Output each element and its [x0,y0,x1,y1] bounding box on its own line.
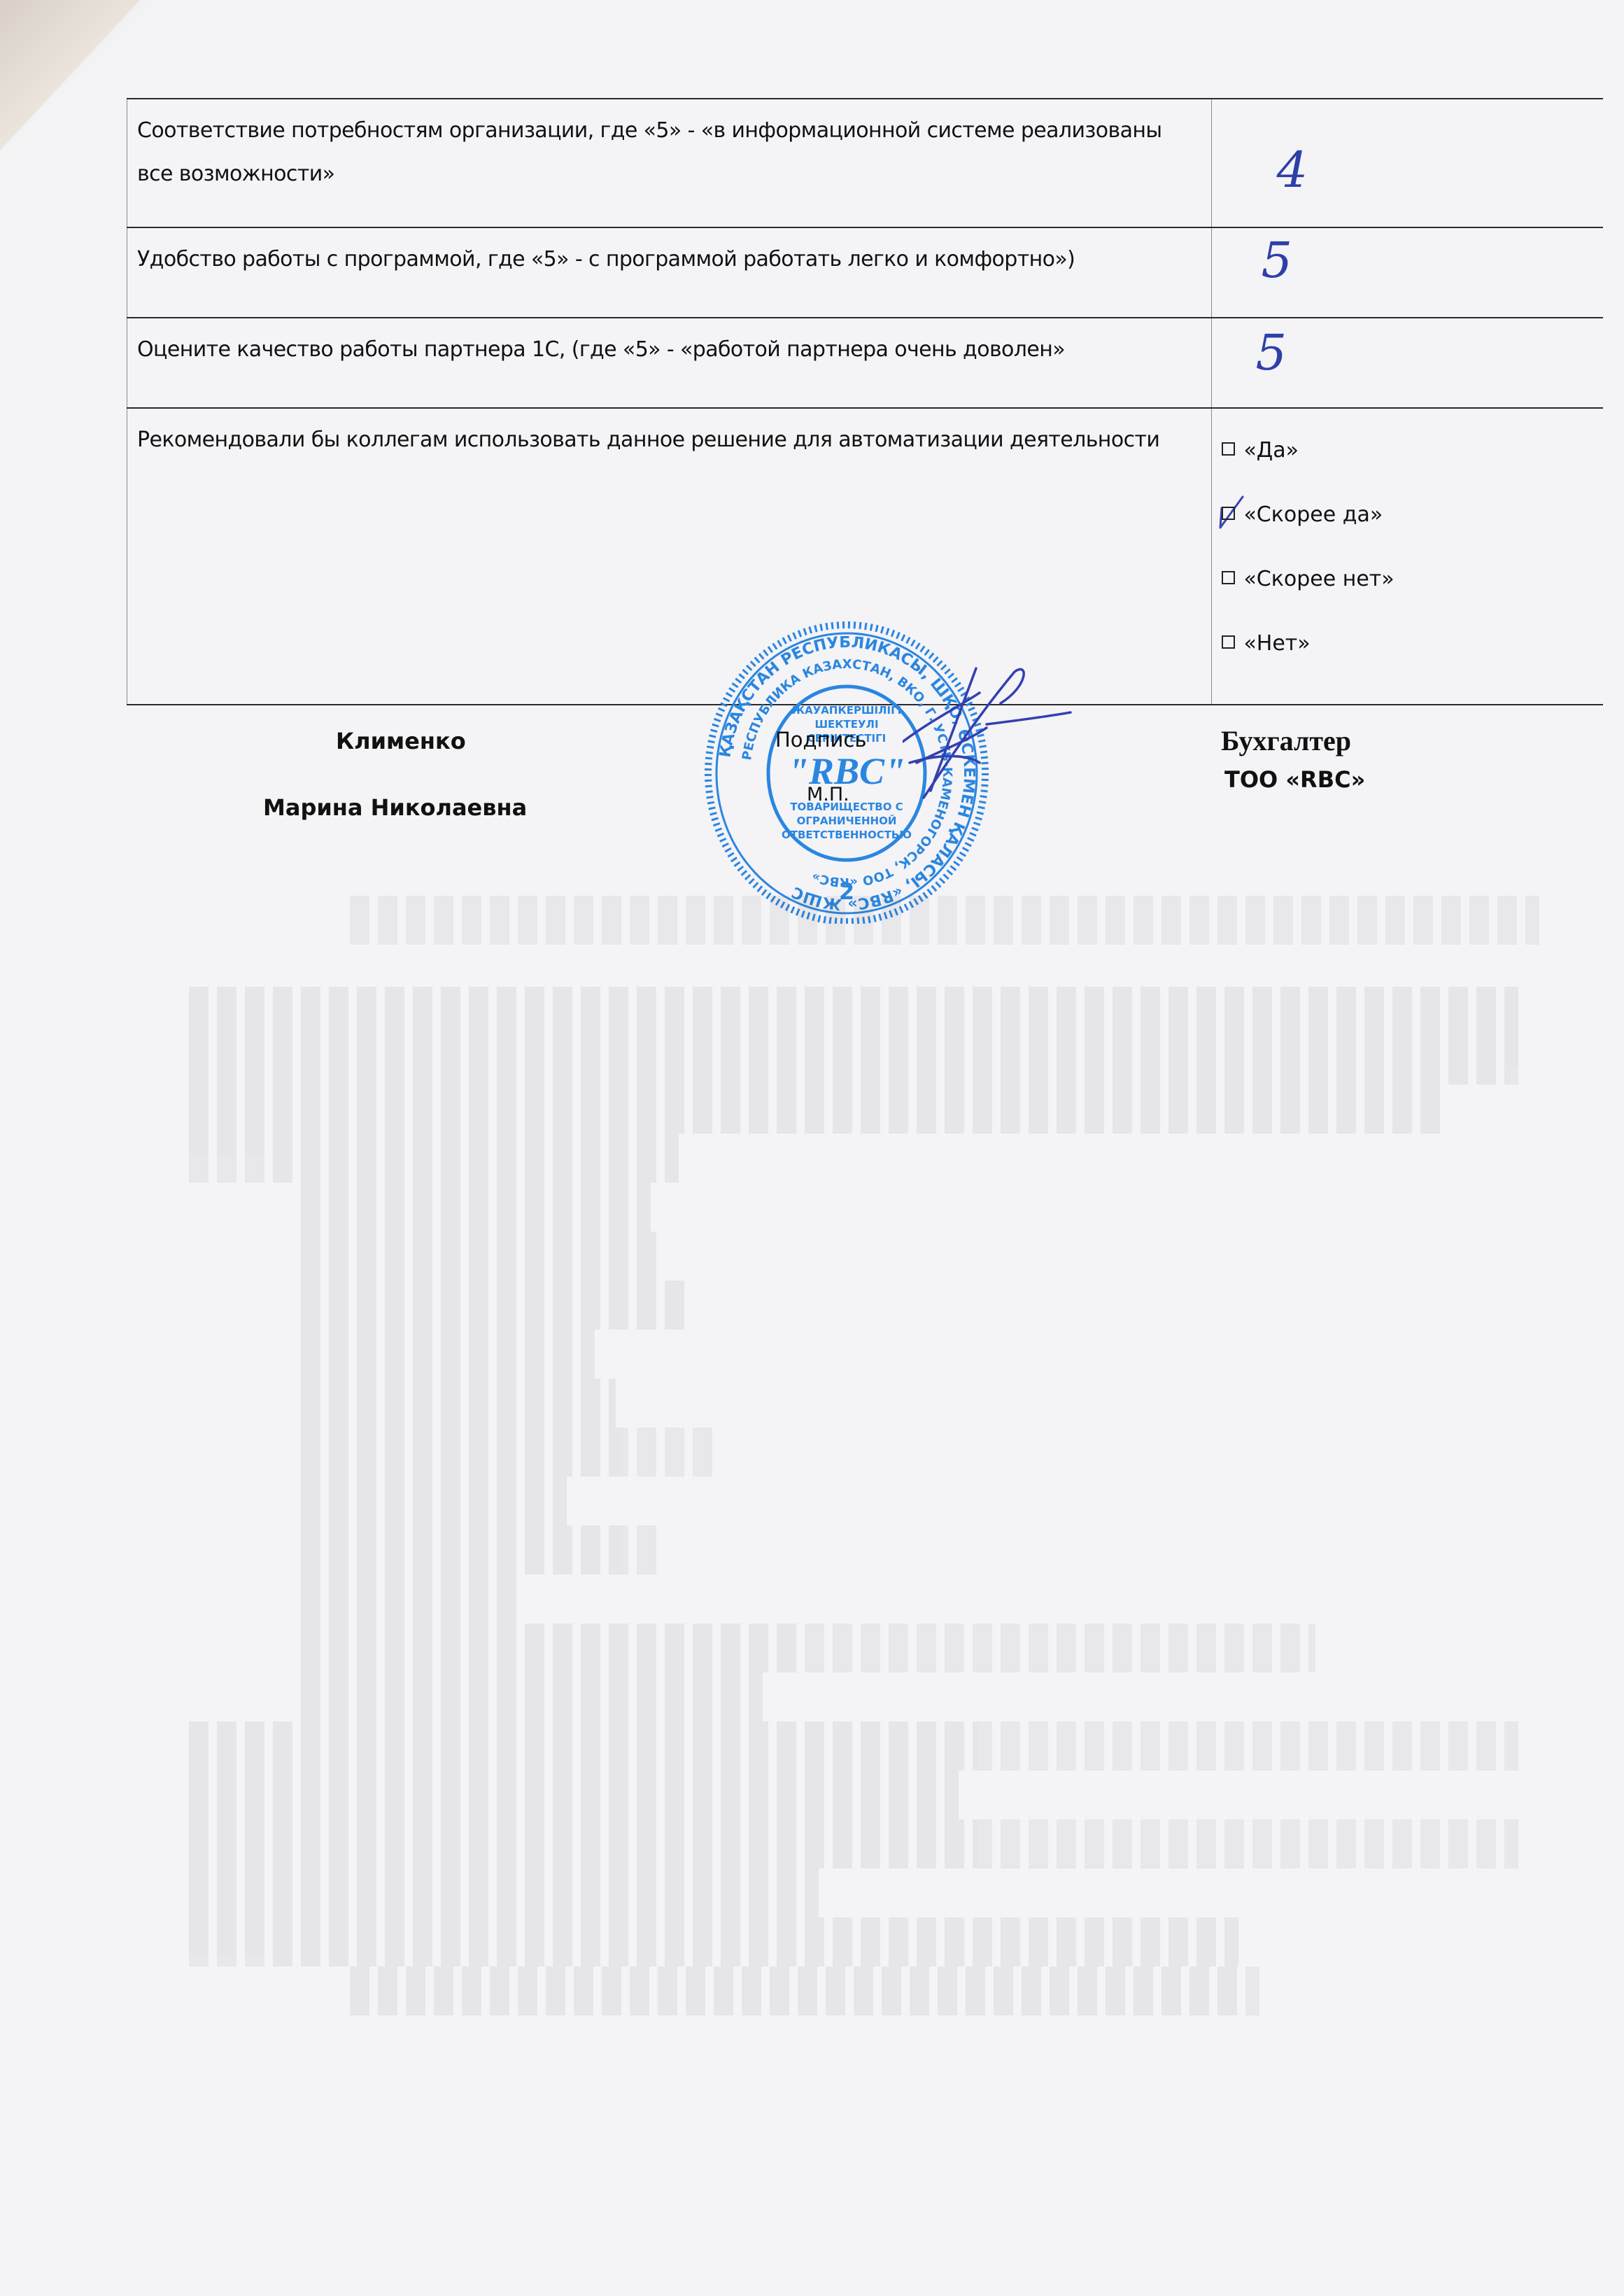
option-yes[interactable]: «Да» [1222,418,1603,483]
table-row: Удобство работы с программой, где «5» - … [127,227,1604,318]
folded-corner [0,0,140,150]
option-label: «Нет» [1243,631,1310,656]
answer-cell: 4 [1212,99,1603,227]
recommend-options: «Да» «Скорее да» «Скорее нет» «Нет» [1212,409,1603,676]
signer-surname: Клименко [336,728,466,754]
signer-position: Бухгалтер [1221,724,1351,757]
checkbox-icon[interactable] [1222,507,1235,520]
option-label: «Скорее да» [1243,502,1383,527]
answer-cell: 5 [1212,318,1603,408]
table-row: Соответствие потребностям организации, г… [127,99,1604,227]
handwritten-signature [903,665,1099,833]
option-label: «Скорее нет» [1243,567,1394,591]
handwritten-score: 5 [1255,324,1287,381]
option-rather-no[interactable]: «Скорее нет» [1222,547,1603,612]
signature-label: Подпись [775,728,866,752]
reverse-side-bleed-through [0,840,1624,2239]
scanned-page: Соответствие потребностям организации, г… [0,0,1624,2296]
stamp-line: ОТВЕТСТВЕННОСТЬЮ [782,829,912,841]
checkbox-icon[interactable] [1222,442,1235,456]
handwritten-score: 4 [1276,141,1308,199]
stamp-line: ОГРАНИЧЕННОЙ [797,814,897,827]
signer-given-names: Марина Николаевна [263,794,527,821]
question-cell: Соответствие потребностям организации, г… [127,99,1212,227]
stamp-line: ЖАУАПКЕРШІЛІГІ [792,704,902,717]
seal-label: М.П. [807,784,849,805]
option-label: «Да» [1243,438,1299,463]
answer-cell: 5 [1212,227,1603,318]
answer-cell: «Да» «Скорее да» «Скорее нет» «Нет» [1212,408,1603,705]
question-cell: Удобство работы с программой, где «5» - … [127,227,1212,318]
question-cell: Оцените качество работы партнера 1С, (гд… [127,318,1212,408]
table-row: Оцените качество работы партнера 1С, (гд… [127,318,1604,408]
checkbox-icon[interactable] [1222,571,1235,584]
option-no[interactable]: «Нет» [1222,612,1603,676]
option-rather-yes[interactable]: «Скорее да» [1222,483,1603,547]
stamp-number: 2 [839,878,854,905]
handwritten-score: 5 [1261,232,1292,289]
signer-organization: ТОО «RBC» [1224,766,1365,793]
checkbox-icon[interactable] [1222,635,1235,649]
question-cell: Рекомендовали бы коллегам использовать д… [127,408,1212,705]
survey-table: Соответствие потребностям организации, г… [127,98,1603,705]
